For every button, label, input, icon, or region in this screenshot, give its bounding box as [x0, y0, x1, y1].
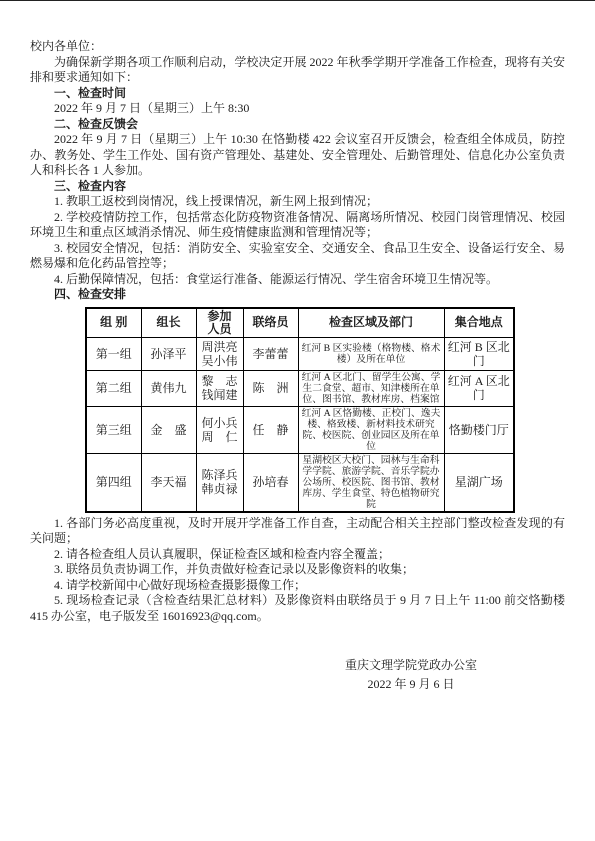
cell-meeting-point: 红河 A 区北门: [444, 370, 514, 406]
table-row: 第二组 黄伟九 黎 志 钱闻建 陈 洲 红河 A 区北门、留学生公寓、学生二食堂…: [86, 370, 514, 406]
content-item-1: 1. 教职工返校到岗情况，线上授课情况，新生网上报到情况；: [30, 194, 565, 210]
col-header-participants: 参加 人员: [196, 308, 243, 338]
section-heading-inspection-arrangement: 四、检查安排: [30, 287, 565, 303]
note-item-1: 1. 各部门务必高度重视，及时开展开学准备工作自查，主动配合相关主控部门整改检查…: [30, 516, 565, 547]
cell-group: 第三组: [86, 406, 141, 453]
table-row: 第四组 李天福 陈泽兵 韩贞禄 孙培春 星湖校区大校门、园林与生命科学学院、旅游…: [86, 453, 514, 512]
col-header-leader: 组长: [141, 308, 196, 338]
cell-group: 第四组: [86, 453, 141, 512]
content-item-3: 3. 校园安全情况，包括：消防安全、实验室安全、交通安全、食品卫生安全、设备运行…: [30, 241, 565, 272]
note-item-5: 5. 现场检查记录（含检查结果汇总材料）及影像资料由联络员于 9 月 7 日上午…: [30, 593, 565, 624]
cell-participants: 黎 志 钱闻建: [196, 370, 243, 406]
cell-meeting-point: 恪勤楼门厅: [444, 406, 514, 453]
section-heading-inspection-content: 三、检查内容: [30, 179, 565, 195]
cell-group: 第二组: [86, 370, 141, 406]
cell-meeting-point: 星湖广场: [444, 453, 514, 512]
cell-liaison: 任 静: [243, 406, 298, 453]
document-page: 校内各单位： 为确保新学期各项工作顺利启动，学校决定开展 2022 年秋季学期开…: [0, 1, 595, 694]
cell-area: 红河 A 区北门、留学生公寓、学生二食堂、超市、知津楼所在单位、图书馆、教材库房…: [298, 370, 444, 406]
note-item-4: 4. 请学校新闻中心做好现场检查摄影摄像工作；: [30, 578, 565, 594]
note-item-3: 3. 联络员负责协调工作，并负责做好检查记录以及影像资料的收集；: [30, 562, 565, 578]
cell-area: 红河 A 区恪勤楼、正校门、逸夫楼、格致楼、新材料技术研究院、校医院、创业园区及…: [298, 406, 444, 453]
col-header-group: 组 别: [86, 308, 141, 338]
col-header-area: 检查区域及部门: [298, 308, 444, 338]
cell-liaison: 李蕾蕾: [243, 337, 298, 370]
col-header-meeting-point: 集合地点: [444, 308, 514, 338]
table-row: 第一组 孙泽平 周洪亮 吴小伟 李蕾蕾 红河 B 区实验楼（格物楼、格术楼）及所…: [86, 337, 514, 370]
section-heading-inspection-time: 一、检查时间: [30, 86, 565, 102]
salutation: 校内各单位：: [30, 39, 565, 55]
col-header-liaison: 联络员: [243, 308, 298, 338]
cell-liaison: 孙培春: [243, 453, 298, 512]
section-heading-feedback-meeting: 二、检查反馈会: [30, 117, 565, 133]
content-item-2: 2. 学校疫情防控工作，包括常态化防疫物资准备情况、隔离场所情况、校园门岗管理情…: [30, 210, 565, 241]
note-item-2: 2. 请各检查组人员认真履职，保证检查区域和检查内容全覆盖；: [30, 547, 565, 563]
cell-leader: 孙泽平: [141, 337, 196, 370]
signature-block: 重庆文理学院党政办公室 2022 年 9 月 6 日: [345, 656, 477, 694]
cell-participants: 何小兵 周 仁: [196, 406, 243, 453]
cell-liaison: 陈 洲: [243, 370, 298, 406]
cell-participants: 周洪亮 吴小伟: [196, 337, 243, 370]
inspection-schedule-table: 组 别 组长 参加 人员 联络员 检查区域及部门 集合地点 第一组 孙泽平 周洪…: [85, 307, 515, 513]
signature-date: 2022 年 9 月 6 日: [345, 675, 477, 694]
cell-area: 星湖校区大校门、园林与生命科学学院、旅游学院、音乐学院办公场所、校医院、图书馆、…: [298, 453, 444, 512]
feedback-meeting-text: 2022 年 9 月 7 日（星期三）上午 10:30 在恪勤楼 422 会议室…: [30, 132, 565, 179]
cell-leader: 黄伟九: [141, 370, 196, 406]
content-item-4: 4. 后勤保障情况，包括：食堂运行准备、能源运行情况、学生宿舍环境卫生情况等。: [30, 272, 565, 288]
cell-group: 第一组: [86, 337, 141, 370]
cell-area: 红河 B 区实验楼（格物楼、格术楼）及所在单位: [298, 337, 444, 370]
cell-leader: 李天福: [141, 453, 196, 512]
intro-paragraph: 为确保新学期各项工作顺利启动，学校决定开展 2022 年秋季学期开学准备工作检查…: [30, 55, 565, 86]
cell-leader: 金 盛: [141, 406, 196, 453]
signature-org: 重庆文理学院党政办公室: [345, 656, 477, 675]
cell-meeting-point: 红河 B 区北门: [444, 337, 514, 370]
inspection-time-text: 2022 年 9 月 7 日（星期三）上午 8:30: [30, 101, 565, 117]
cell-participants: 陈泽兵 韩贞禄: [196, 453, 243, 512]
table-header-row: 组 别 组长 参加 人员 联络员 检查区域及部门 集合地点: [86, 308, 514, 338]
table-row: 第三组 金 盛 何小兵 周 仁 任 静 红河 A 区恪勤楼、正校门、逸夫楼、格致…: [86, 406, 514, 453]
